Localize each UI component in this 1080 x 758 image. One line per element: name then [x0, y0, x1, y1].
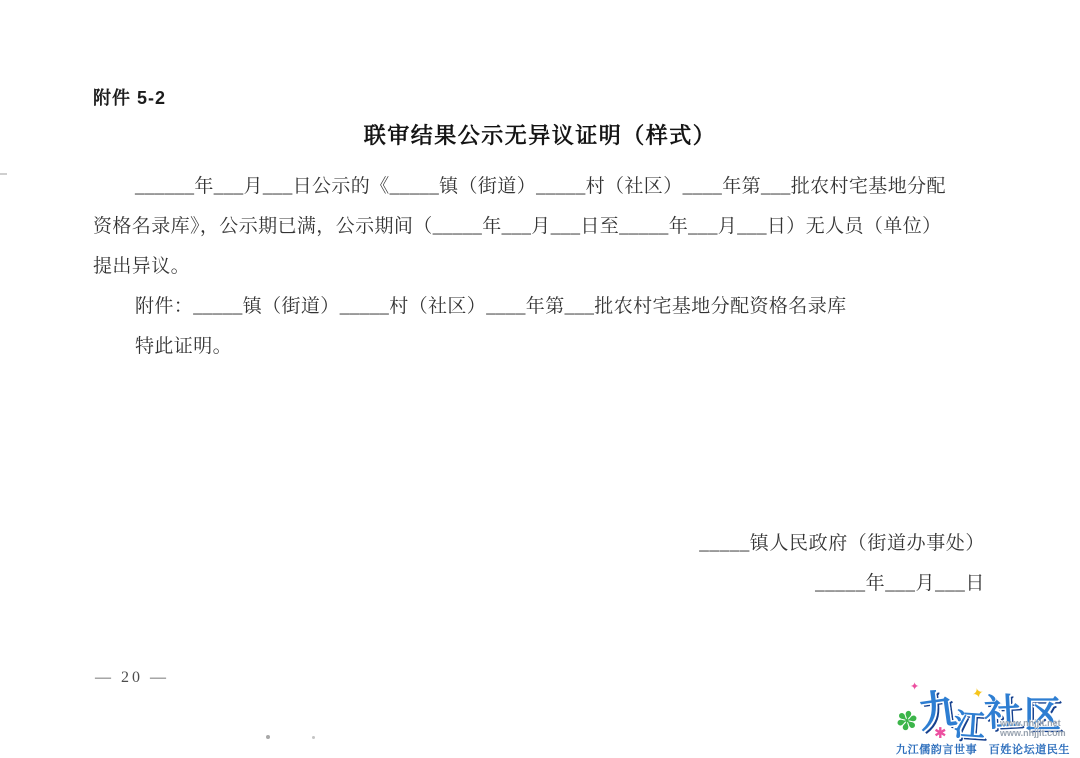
logo-tagline: 九江儒韵言世事 百姓论坛道民生: [896, 741, 1070, 757]
body-line-2: 资格名录库》，公示期已满，公示期间（_____年___月___日至_____年_…: [93, 207, 998, 247]
document-page: 附件 5-2 联审结果公示无异议证明（样式） ______年___月___日公示…: [0, 0, 1080, 758]
page-title: 联审结果公示无异议证明（样式）: [0, 119, 1080, 150]
watermark-logo: ✦ ✽ ✱ ✦ 九 江 社 区 www.nhjjlt.net www.nhjjl…: [888, 678, 1078, 758]
logo-url-com: www.nhjjlt.com: [1000, 728, 1066, 738]
document-body: ______年___月___日公示的《_____镇（街道）_____村（社区）_…: [93, 167, 998, 367]
body-line-3: 提出异议。: [93, 247, 998, 287]
scan-artifact-dot: [266, 735, 270, 739]
body-line-closing: 特此证明。: [93, 327, 998, 367]
signature-block: _____镇人民政府（街道办事处） _____年___月___日: [699, 524, 985, 604]
body-line-attachment: 附件：_____镇（街道）_____村（社区）____年第___批农村宅基地分配…: [93, 287, 998, 327]
scan-artifact-dot: [312, 736, 315, 739]
logo-url-net: www.nhjjlt.net: [1000, 718, 1061, 728]
body-line-1: ______年___月___日公示的《_____镇（街道）_____村（社区）_…: [93, 167, 998, 207]
attachment-label: 附件 5-2: [93, 84, 166, 110]
scan-artifact-dash: [0, 173, 7, 175]
signature-date-line: _____年___月___日: [699, 564, 985, 604]
page-number: — 20 —: [95, 669, 169, 687]
logo-char: 江: [952, 699, 986, 746]
green-flower-icon: ✽: [894, 706, 921, 736]
signature-org-line: _____镇人民政府（街道办事处）: [699, 524, 985, 564]
